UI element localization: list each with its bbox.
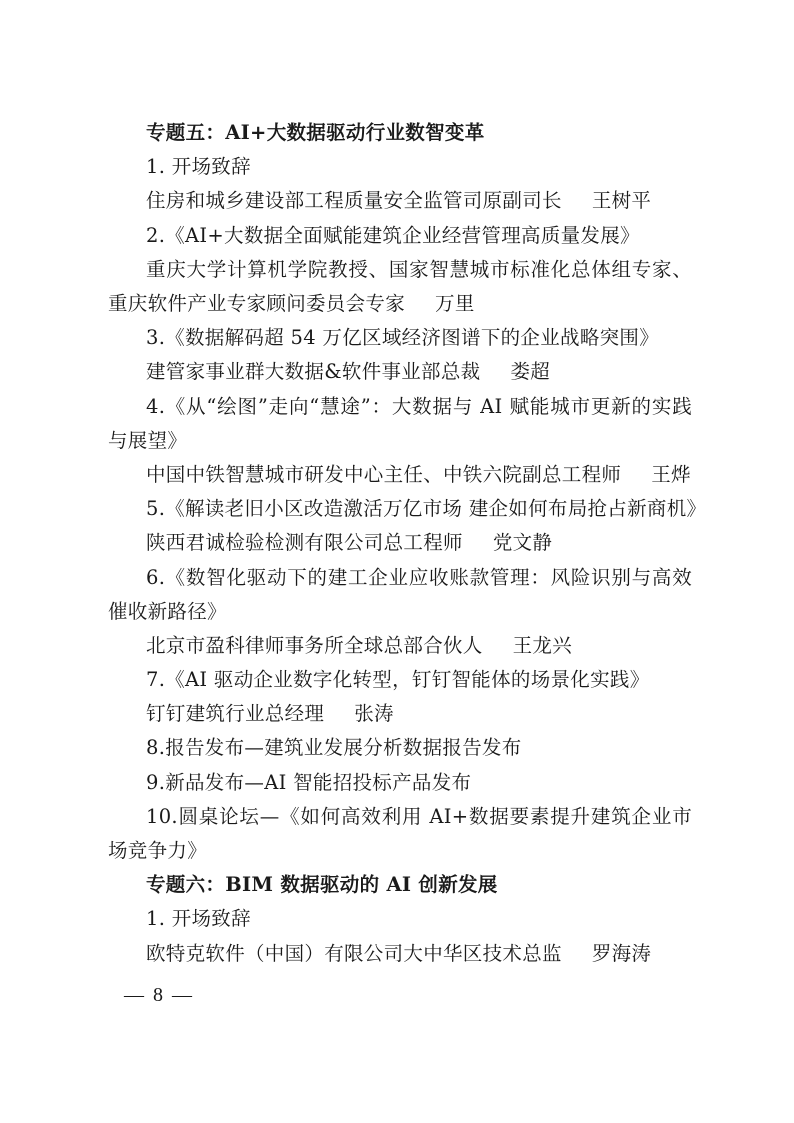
page-number: — 8 — — [124, 984, 194, 1007]
speaker-name: 王树平 — [592, 189, 651, 212]
speaker-name: 万里 — [435, 292, 475, 315]
speaker-name: 罗海涛 — [592, 942, 651, 965]
speaker-line-1: 住房和城乡建设部工程质量安全监管司原副司长王树平 — [108, 184, 692, 218]
section-title-6: 专题六：BIM 数据驱动的 AI 创新发展 — [108, 868, 692, 902]
agenda-item-2: 2.《AI+大数据全面赋能建筑企业经营管理高质量发展》 — [108, 219, 692, 253]
agenda-item-8: 8.报告发布—建筑业发展分析数据报告发布 — [108, 731, 692, 765]
speaker-role: 欧特克软件（中国）有限公司大中华区技术总监 — [146, 942, 562, 965]
agenda-item-6: 6.《数智化驱动下的建工企业应收账款管理：风险识别与高效催收新路径》 — [108, 561, 692, 629]
section-title-5: 专题五：AI+大数据驱动行业数智变革 — [108, 116, 692, 150]
speaker-line-2: 重庆大学计算机学院教授、国家智慧城市标准化总体组专家、重庆软件产业专家顾问委员会… — [108, 253, 692, 321]
speaker-role: 重庆大学计算机学院教授、国家智慧城市标准化总体组专家、重庆软件产业专家顾问委员会… — [108, 258, 692, 315]
speaker-role: 建管家事业群大数据&软件事业部总裁 — [146, 360, 480, 383]
speaker-role: 陕西君诚检验检测有限公司总工程师 — [146, 531, 463, 554]
speaker-line-5: 陕西君诚检验检测有限公司总工程师党文静 — [108, 526, 692, 560]
agenda-item-4: 4.《从“绘图”走向“慧途”：大数据与 AI 赋能城市更新的实践与展望》 — [108, 390, 692, 458]
speaker-role: 住房和城乡建设部工程质量安全监管司原副司长 — [146, 189, 562, 212]
speaker-role: 北京市盈科律师事务所全球总部合伙人 — [146, 634, 483, 657]
speaker-line-4: 中国中铁智慧城市研发中心主任、中铁六院副总工程师王烨 — [108, 458, 692, 492]
speaker-name: 王龙兴 — [513, 634, 572, 657]
speaker-line-3: 建管家事业群大数据&软件事业部总裁娄超 — [108, 355, 692, 389]
speaker-line-6-1: 欧特克软件（中国）有限公司大中华区技术总监罗海涛 — [108, 937, 692, 971]
agenda-item-5: 5.《解读老旧小区改造激活万亿市场 建企如何布局抢占新商机》 — [108, 492, 692, 526]
agenda-item-3: 3.《数据解码超 54 万亿区域经济图谱下的企业战略突围》 — [108, 321, 692, 355]
agenda-item-10: 10.圆桌论坛—《如何高效利用 AI+数据要素提升建筑企业市场竞争力》 — [108, 800, 692, 868]
speaker-line-7: 钉钉建筑行业总经理张涛 — [108, 697, 692, 731]
agenda-item-7: 7.《AI 驱动企业数字化转型，钉钉智能体的场景化实践》 — [108, 663, 692, 697]
agenda-item-1: 1. 开场致辞 — [108, 150, 692, 184]
speaker-role: 钉钉建筑行业总经理 — [146, 702, 324, 725]
agenda-item-9: 9.新品发布—AI 智能招投标产品发布 — [108, 766, 692, 800]
speaker-role: 中国中铁智慧城市研发中心主任、中铁六院副总工程师 — [146, 463, 621, 486]
agenda-item-6-1: 1. 开场致辞 — [108, 902, 692, 936]
speaker-line-6: 北京市盈科律师事务所全球总部合伙人王龙兴 — [108, 629, 692, 663]
speaker-name: 党文静 — [493, 531, 552, 554]
speaker-name: 娄超 — [510, 360, 550, 383]
speaker-name: 王烨 — [651, 463, 691, 486]
document-page: 专题五：AI+大数据驱动行业数智变革 1. 开场致辞 住房和城乡建设部工程质量安… — [108, 116, 692, 971]
speaker-name: 张涛 — [354, 702, 394, 725]
